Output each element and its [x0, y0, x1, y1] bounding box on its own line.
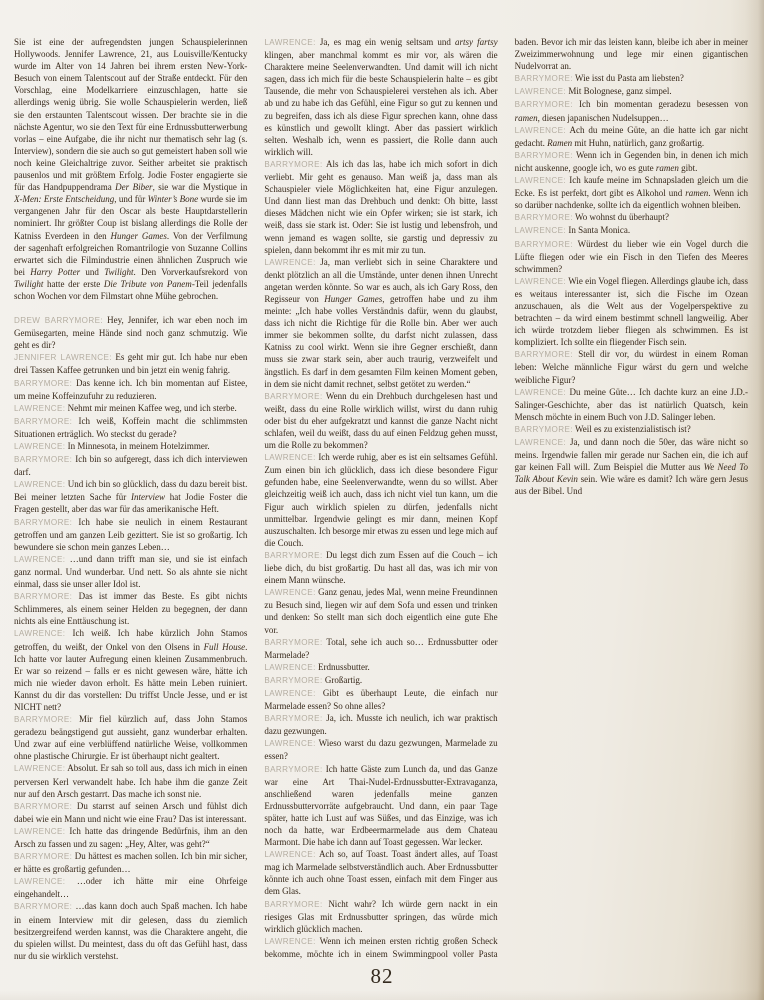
intro-paragraph: Sie ist eine der aufregendsten jungen Sc…: [14, 36, 247, 302]
speaker-label: BARRYMORE:: [264, 714, 322, 723]
speaker-label: LAWRENCE:: [14, 764, 65, 773]
speaker-label: LAWRENCE:: [515, 176, 566, 185]
dialogue-paragraph: JENNIFER LAWRENCE: Es geht mir gut. Ich …: [14, 351, 247, 376]
dialogue-paragraph: BARRYMORE: Du starrst auf seinen Arsch u…: [14, 800, 247, 825]
speaker-label: BARRYMORE:: [515, 151, 573, 160]
dialogue-paragraph: DREW BARRYMORE: Hey, Jennifer, ich war e…: [14, 314, 247, 351]
speaker-label: BARRYMORE:: [14, 802, 72, 811]
speaker-label: LAWRENCE:: [515, 226, 566, 235]
speaker-label: BARRYMORE:: [14, 417, 72, 426]
dialogue-paragraph: BARRYMORE: Ich hatte Gäste zum Lunch da,…: [264, 763, 497, 849]
speaker-label: BARRYMORE:: [515, 213, 573, 222]
speaker-label: LAWRENCE:: [515, 388, 566, 397]
dialogue-paragraph: LAWRENCE: Ach so, auf Toast. Toast änder…: [264, 848, 497, 897]
speaker-label: BARRYMORE:: [264, 392, 322, 401]
speaker-label: BARRYMORE:: [14, 852, 72, 861]
dialogue-paragraph: BARRYMORE: Ich bin so aufgeregt, dass ic…: [14, 453, 247, 478]
speaker-label: BARRYMORE:: [515, 100, 573, 109]
dialogue-paragraph: LAWRENCE: Nehmt mir meinen Kaffee weg, u…: [14, 402, 247, 415]
speaker-label: BARRYMORE:: [264, 765, 322, 774]
speaker-label: BARRYMORE:: [264, 551, 322, 560]
speaker-label: LAWRENCE:: [264, 453, 315, 462]
dialogue-paragraph: BARRYMORE: Wenn du ein Drehbuch durchgel…: [264, 390, 497, 451]
speaker-label: LAWRENCE:: [264, 258, 315, 267]
dialogue-paragraph: LAWRENCE: Erdnussbutter.: [264, 661, 497, 674]
dialogue-paragraph: LAWRENCE: Wie ein Vogel fliegen. Allerdi…: [515, 275, 748, 349]
dialogue-paragraph: BARRYMORE: Ich weiß, Koffein macht die s…: [14, 415, 247, 440]
speaker-label: BARRYMORE:: [264, 676, 322, 685]
dialogue-paragraph: BARRYMORE: Ich habe sie neulich in einem…: [14, 516, 247, 553]
dialogue-paragraph: BARRYMORE: Stell dir vor, du würdest in …: [515, 348, 748, 385]
speaker-label: BARRYMORE:: [515, 240, 573, 249]
dialogue-paragraph: LAWRENCE: Ach du meine Güte, an die hatt…: [515, 124, 748, 149]
dialogue-paragraph: LAWRENCE: Ich kaufe meine im Schnapslade…: [515, 174, 748, 211]
speaker-label: LAWRENCE:: [515, 438, 566, 447]
dialogue-paragraph: LAWRENCE: Ganz genau, jedes Mal, wenn me…: [264, 586, 497, 635]
speaker-label: BARRYMORE:: [14, 715, 72, 724]
dialogue-paragraph: LAWRENCE: Ja, und dann noch die 50er, da…: [515, 436, 748, 497]
speaker-label: BARRYMORE:: [515, 350, 573, 359]
dialogue-paragraph: BARRYMORE: Das ist immer das Beste. Es g…: [14, 590, 247, 627]
speaker-label: DREW BARRYMORE:: [14, 316, 103, 325]
speaker-label: LAWRENCE:: [14, 404, 65, 413]
dialogue-paragraph: BARRYMORE: Großartig.: [264, 674, 497, 687]
dialogue-paragraph: LAWRENCE: Gibt es überhaupt Leute, die e…: [264, 687, 497, 712]
dialogue-paragraph: BARRYMORE: Wo wohnst du überhaupt?: [515, 211, 748, 224]
speaker-label: LAWRENCE:: [264, 850, 315, 859]
speaker-label: BARRYMORE:: [264, 638, 322, 647]
page-number: 82: [0, 964, 764, 989]
dialogue-paragraph: BARRYMORE: Wenn ich in Gegenden bin, in …: [515, 149, 748, 174]
dialogue-paragraph: BARRYMORE: …das kann doch auch Spaß mach…: [14, 900, 247, 961]
speaker-label: BARRYMORE:: [14, 592, 72, 601]
speaker-label: LAWRENCE:: [14, 827, 65, 836]
speaker-label: LAWRENCE:: [264, 38, 315, 47]
dialogue-paragraph: LAWRENCE: Mit Bolognese, ganz simpel.: [515, 85, 748, 98]
dialogue-paragraph: LAWRENCE: Absolut. Er sah so toll aus, d…: [14, 762, 247, 799]
dialogue-paragraph: LAWRENCE: Ich weiß. Ich habe kürzlich Jo…: [14, 627, 247, 713]
dialogue-paragraph: BARRYMORE: Wie isst du Pasta am liebsten…: [515, 72, 748, 85]
article-flow: Sie ist eine der aufregendsten jungen Sc…: [14, 36, 748, 966]
dialogue-paragraph: BARRYMORE: Ich bin momentan geradezu bes…: [515, 98, 748, 123]
speaker-label: LAWRENCE:: [14, 442, 65, 451]
dialogue-paragraph: LAWRENCE: Wieso warst du dazu gezwungen,…: [264, 737, 497, 762]
speaker-label: LAWRENCE:: [14, 555, 65, 564]
speaker-label: BARRYMORE:: [515, 425, 573, 434]
magazine-page: Sie ist eine der aufregendsten jungen Sc…: [0, 0, 764, 1000]
dialogue-paragraph: LAWRENCE: Ich werde ruhig, aber es ist e…: [264, 451, 497, 549]
speaker-label: LAWRENCE:: [264, 663, 315, 672]
dialogue-paragraph: LAWRENCE: Du meine Güte… Ich dachte kurz…: [515, 386, 748, 423]
dialogue-paragraph: BARRYMORE: Als ich das las, habe ich mic…: [264, 158, 497, 256]
dialogue-paragraph: BARRYMORE: Weil es zu existenzialistisch…: [515, 423, 748, 436]
speaker-label: LAWRENCE:: [264, 689, 315, 698]
dialogue-paragraph: BARRYMORE: Würdest du lieber wie ein Vog…: [515, 238, 748, 275]
dialogue-paragraph: LAWRENCE: Ich hatte das dringende Bedürf…: [14, 825, 247, 850]
speaker-label: LAWRENCE:: [264, 739, 315, 748]
dialogue-paragraph: LAWRENCE: Ja, man verliebt sich in seine…: [264, 256, 497, 390]
speaker-label: LAWRENCE:: [14, 629, 65, 638]
dialogue-paragraph: LAWRENCE: Und ich bin so glücklich, dass…: [14, 478, 247, 515]
dialogue-paragraph: BARRYMORE: Nicht wahr? Ich würde gern na…: [264, 898, 497, 935]
speaker-label: BARRYMORE:: [264, 160, 322, 169]
speaker-label: BARRYMORE:: [14, 902, 72, 911]
speaker-label: LAWRENCE:: [515, 126, 566, 135]
speaker-label: BARRYMORE:: [14, 455, 72, 464]
speaker-label: LAWRENCE:: [515, 87, 566, 96]
speaker-label: LAWRENCE:: [14, 480, 65, 489]
page-bottom-shadow: [0, 990, 764, 1000]
dialogue-paragraph: LAWRENCE: …oder ich hätte mir eine Ohrfe…: [14, 875, 247, 900]
dialogue-paragraph: BARRYMORE: Das kenne ich. Ich bin moment…: [14, 377, 247, 402]
dialogue-paragraph: LAWRENCE: Ja, es mag ein wenig seltsam u…: [264, 36, 497, 158]
speaker-label: LAWRENCE:: [515, 277, 566, 286]
dialogue-paragraph: LAWRENCE: In Minnesota, in meinem Hotelz…: [14, 440, 247, 453]
speaker-label: BARRYMORE:: [14, 518, 72, 527]
speaker-label: JENNIFER LAWRENCE:: [14, 353, 112, 362]
speaker-label: BARRYMORE:: [264, 900, 322, 909]
dialogue-paragraph: LAWRENCE: …und dann trifft man sie, und …: [14, 553, 247, 590]
speaker-label: LAWRENCE:: [264, 937, 315, 946]
dialogue-paragraph: BARRYMORE: Du legst dich zum Essen auf d…: [264, 549, 497, 586]
speaker-label: BARRYMORE:: [14, 379, 72, 388]
speaker-label: LAWRENCE:: [264, 588, 315, 597]
dialogue-paragraph: LAWRENCE: In Santa Monica.: [515, 224, 748, 237]
dialogue-paragraph: BARRYMORE: Du hättest es machen sollen. …: [14, 850, 247, 875]
dialogue-paragraph: BARRYMORE: Mir fiel kürzlich auf, dass J…: [14, 713, 247, 762]
dialogue-paragraph: BARRYMORE: Total, sehe ich auch so… Erdn…: [264, 636, 497, 661]
speaker-label: LAWRENCE:: [14, 877, 65, 886]
dialogue-paragraph: BARRYMORE: Ja, ich. Musste ich neulich, …: [264, 712, 497, 737]
speaker-label: BARRYMORE:: [515, 74, 573, 83]
